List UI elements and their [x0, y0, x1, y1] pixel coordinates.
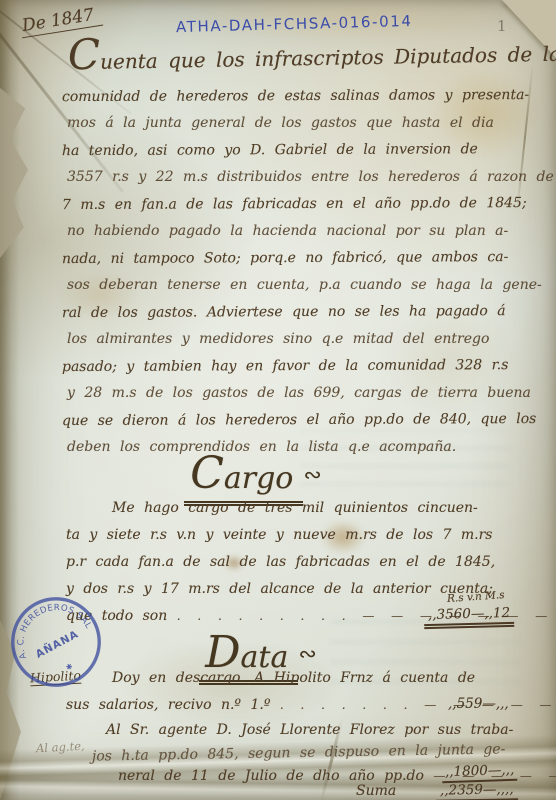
cargo-section-heading: Cargo∾ — [0, 448, 556, 506]
manuscript-line: los almirantes y medidores sino q.e mita… — [67, 331, 554, 358]
manuscript-line: comunidad de herederos de estas salinas … — [62, 87, 554, 116]
manuscript-line: ta y siete r.s v.n y veinte y nueve m.rs… — [66, 527, 551, 554]
stamp-center-text: AÑANA — [33, 627, 81, 661]
manuscript-line: pasado; y tambien hay en favor de la com… — [62, 357, 554, 386]
manuscript-line: y 28 m.s de los gastos de las 699, carga… — [67, 385, 554, 412]
intro-paragraph: comunidad de herederos de estas salinas … — [62, 88, 554, 466]
flourish-icon: ∾ — [298, 642, 316, 667]
manuscript-page: De 1847 ATHA-DAH-FCHSA-016-014 1 Cuenta … — [0, 0, 556, 800]
margin-note-agente: Al ag.te, — [36, 739, 85, 756]
manuscript-line: ral de los gastos. Adviertese que no se … — [62, 303, 554, 332]
flourish-icon: ∾ — [303, 463, 321, 488]
manuscript-line: mos á la junta general de los gastos que… — [67, 115, 554, 142]
data-entry-text: neral de 11 de Julio de dho año pp.do — [118, 768, 424, 784]
suma-amount: ,,2359—,,,, — [436, 781, 518, 800]
data-entry-amount: ,,1800—,,, — [442, 762, 518, 784]
manuscript-line: Doy en descargo. A Hipolito Frnz á cuent… — [112, 670, 475, 697]
manuscript-line: no habiendo pagado la hacienda nacional … — [67, 223, 554, 250]
data-entry-amount: ,,559—,,, — [448, 696, 509, 712]
suma-label: Suma — [356, 783, 396, 799]
manuscript-line: que se dieron á los herederos el año pp.… — [62, 411, 554, 440]
archive-reference: ATHA-DAH-FCHSA-016-014 — [176, 12, 413, 36]
manuscript-line: Me hago cargo de tres mil quinientos cin… — [66, 500, 551, 527]
cargo-total-amount: ,,3560—,,12 — [424, 605, 515, 629]
page-number: 1 — [497, 17, 507, 35]
manuscript-line: ha tenido, asi como yo D. Gabriel de la … — [62, 141, 554, 170]
manuscript-line: 7 m.s en fan.a de las fabricadas en el a… — [62, 195, 554, 224]
manuscript-line: p.r cada fan.a de sal de las fabricadas … — [66, 554, 551, 581]
manuscript-line: 3557 r.s y 22 m.s distribuidos entre los… — [67, 169, 554, 196]
document-title: Cuenta que los infrascriptos Diputados d… — [68, 42, 556, 75]
manuscript-line: sos deberan tenerse en cuenta, p.a cuand… — [67, 277, 554, 304]
cargo-heading-text: Cargo — [184, 448, 303, 506]
stamp-bottom-mark: ✱ — [64, 661, 74, 672]
data-entry-text: sus salarios, recivo n.º 1.º — [66, 697, 270, 713]
paper-tear — [0, 88, 28, 258]
dot-leader: . . . . . . . — — — — — — [280, 698, 556, 712]
manuscript-line: nada, ni tampoco Soto; porq.e no fabricó… — [62, 249, 554, 278]
